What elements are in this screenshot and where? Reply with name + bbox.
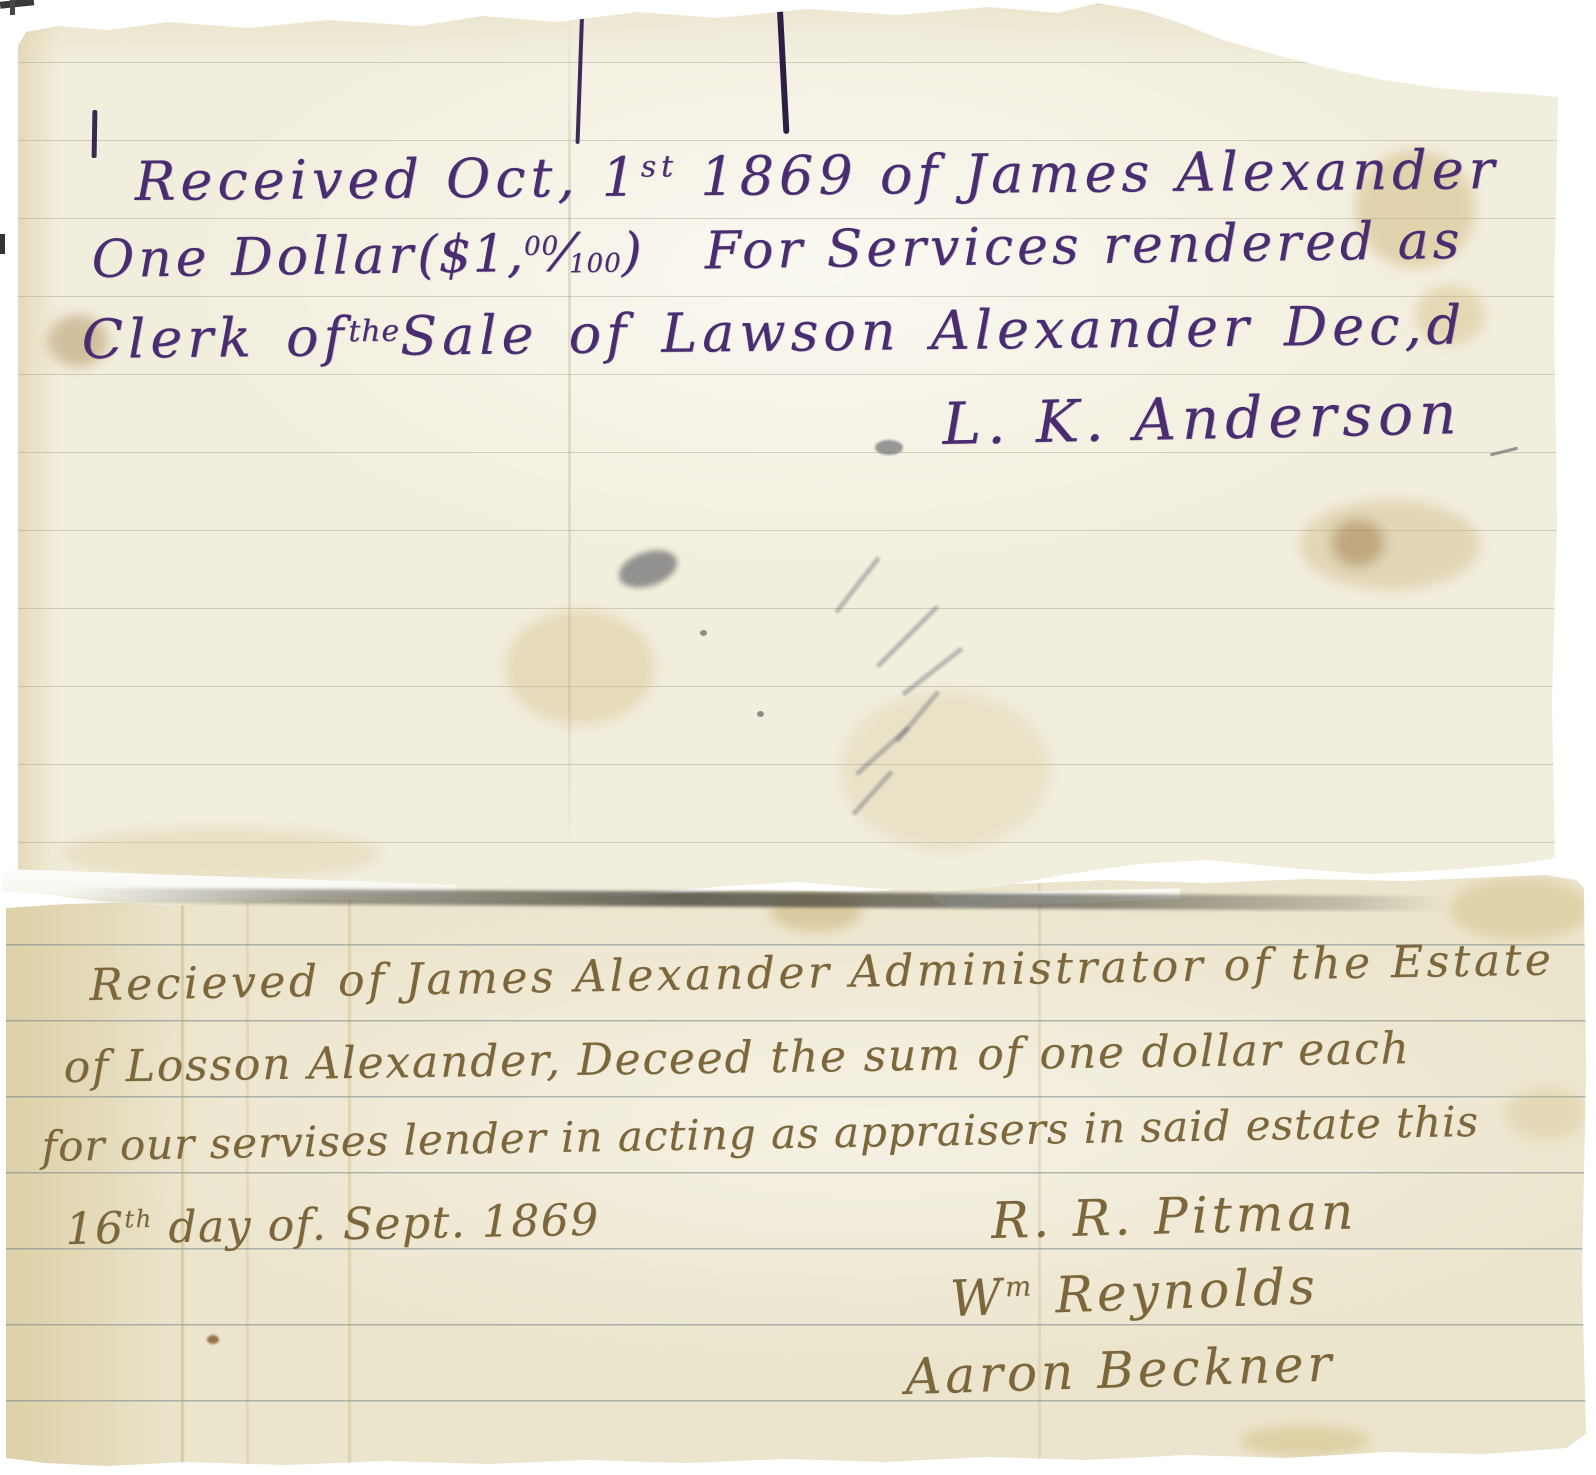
stain bbox=[1505, 1088, 1585, 1140]
pencil-stroke bbox=[876, 605, 940, 669]
scan-edge-speck bbox=[0, 0, 34, 9]
receipt-bottom-line4-date: 16th day of. Sept. 1869 bbox=[65, 1195, 600, 1255]
stain bbox=[1332, 520, 1384, 566]
scan-page: Recieved of James Alexander Administrato… bbox=[0, 0, 1596, 1475]
amount-fraction: ($1,00⁄100) bbox=[417, 222, 644, 285]
ink-stroke bbox=[576, 2, 585, 144]
receipt-top-line1: Received Oct, 1st 1869 of James Alexande… bbox=[134, 138, 1499, 213]
receipt-top-line2: One Dollar($1,00⁄100)For Services render… bbox=[91, 211, 1464, 290]
receipt-bottom-line2: of Losson Alexander, Deceed the sum of o… bbox=[63, 1023, 1411, 1093]
receipt-top-line3: Clerk oftheSale of Lawson Alexander Dec,… bbox=[81, 294, 1466, 371]
stain bbox=[1450, 878, 1590, 940]
pencil-stroke bbox=[901, 646, 963, 696]
inserted-word: the bbox=[348, 314, 400, 350]
scan-edge-speck bbox=[0, 234, 5, 254]
signature-anderson: L. K. Anderson bbox=[942, 379, 1463, 458]
pencil-stroke bbox=[834, 556, 881, 614]
signature-reynolds: Wm Reynolds bbox=[949, 1257, 1320, 1328]
scan-edge-speck bbox=[10, 0, 15, 15]
receipt-bottom-line1: Recieved of James Alexander Administrato… bbox=[89, 934, 1555, 1011]
receipt-bottom: Recieved of James Alexander Administrato… bbox=[6, 874, 1588, 1468]
fold-crease bbox=[568, 10, 571, 866]
signature-beckner: Aaron Beckner bbox=[904, 1335, 1336, 1406]
pencil-smudge bbox=[614, 544, 682, 595]
ink-dot bbox=[757, 711, 764, 717]
ink-smudge bbox=[875, 440, 903, 455]
stain bbox=[840, 690, 1050, 850]
stain bbox=[1240, 1426, 1370, 1456]
receipt-bottom-line3: for our servises lender in acting as app… bbox=[41, 1097, 1479, 1171]
stain bbox=[207, 1335, 219, 1344]
stain bbox=[60, 828, 380, 880]
pencil-dash bbox=[1490, 447, 1518, 457]
ink-stroke bbox=[92, 110, 98, 158]
ink-stroke bbox=[777, 2, 790, 134]
signature-pitman: R. R. Pitman bbox=[990, 1182, 1357, 1250]
ink-dot bbox=[700, 630, 707, 636]
stain bbox=[505, 610, 655, 725]
receipt-top: Received Oct, 1st 1869 of James Alexande… bbox=[18, 2, 1558, 908]
stain bbox=[1300, 500, 1480, 590]
